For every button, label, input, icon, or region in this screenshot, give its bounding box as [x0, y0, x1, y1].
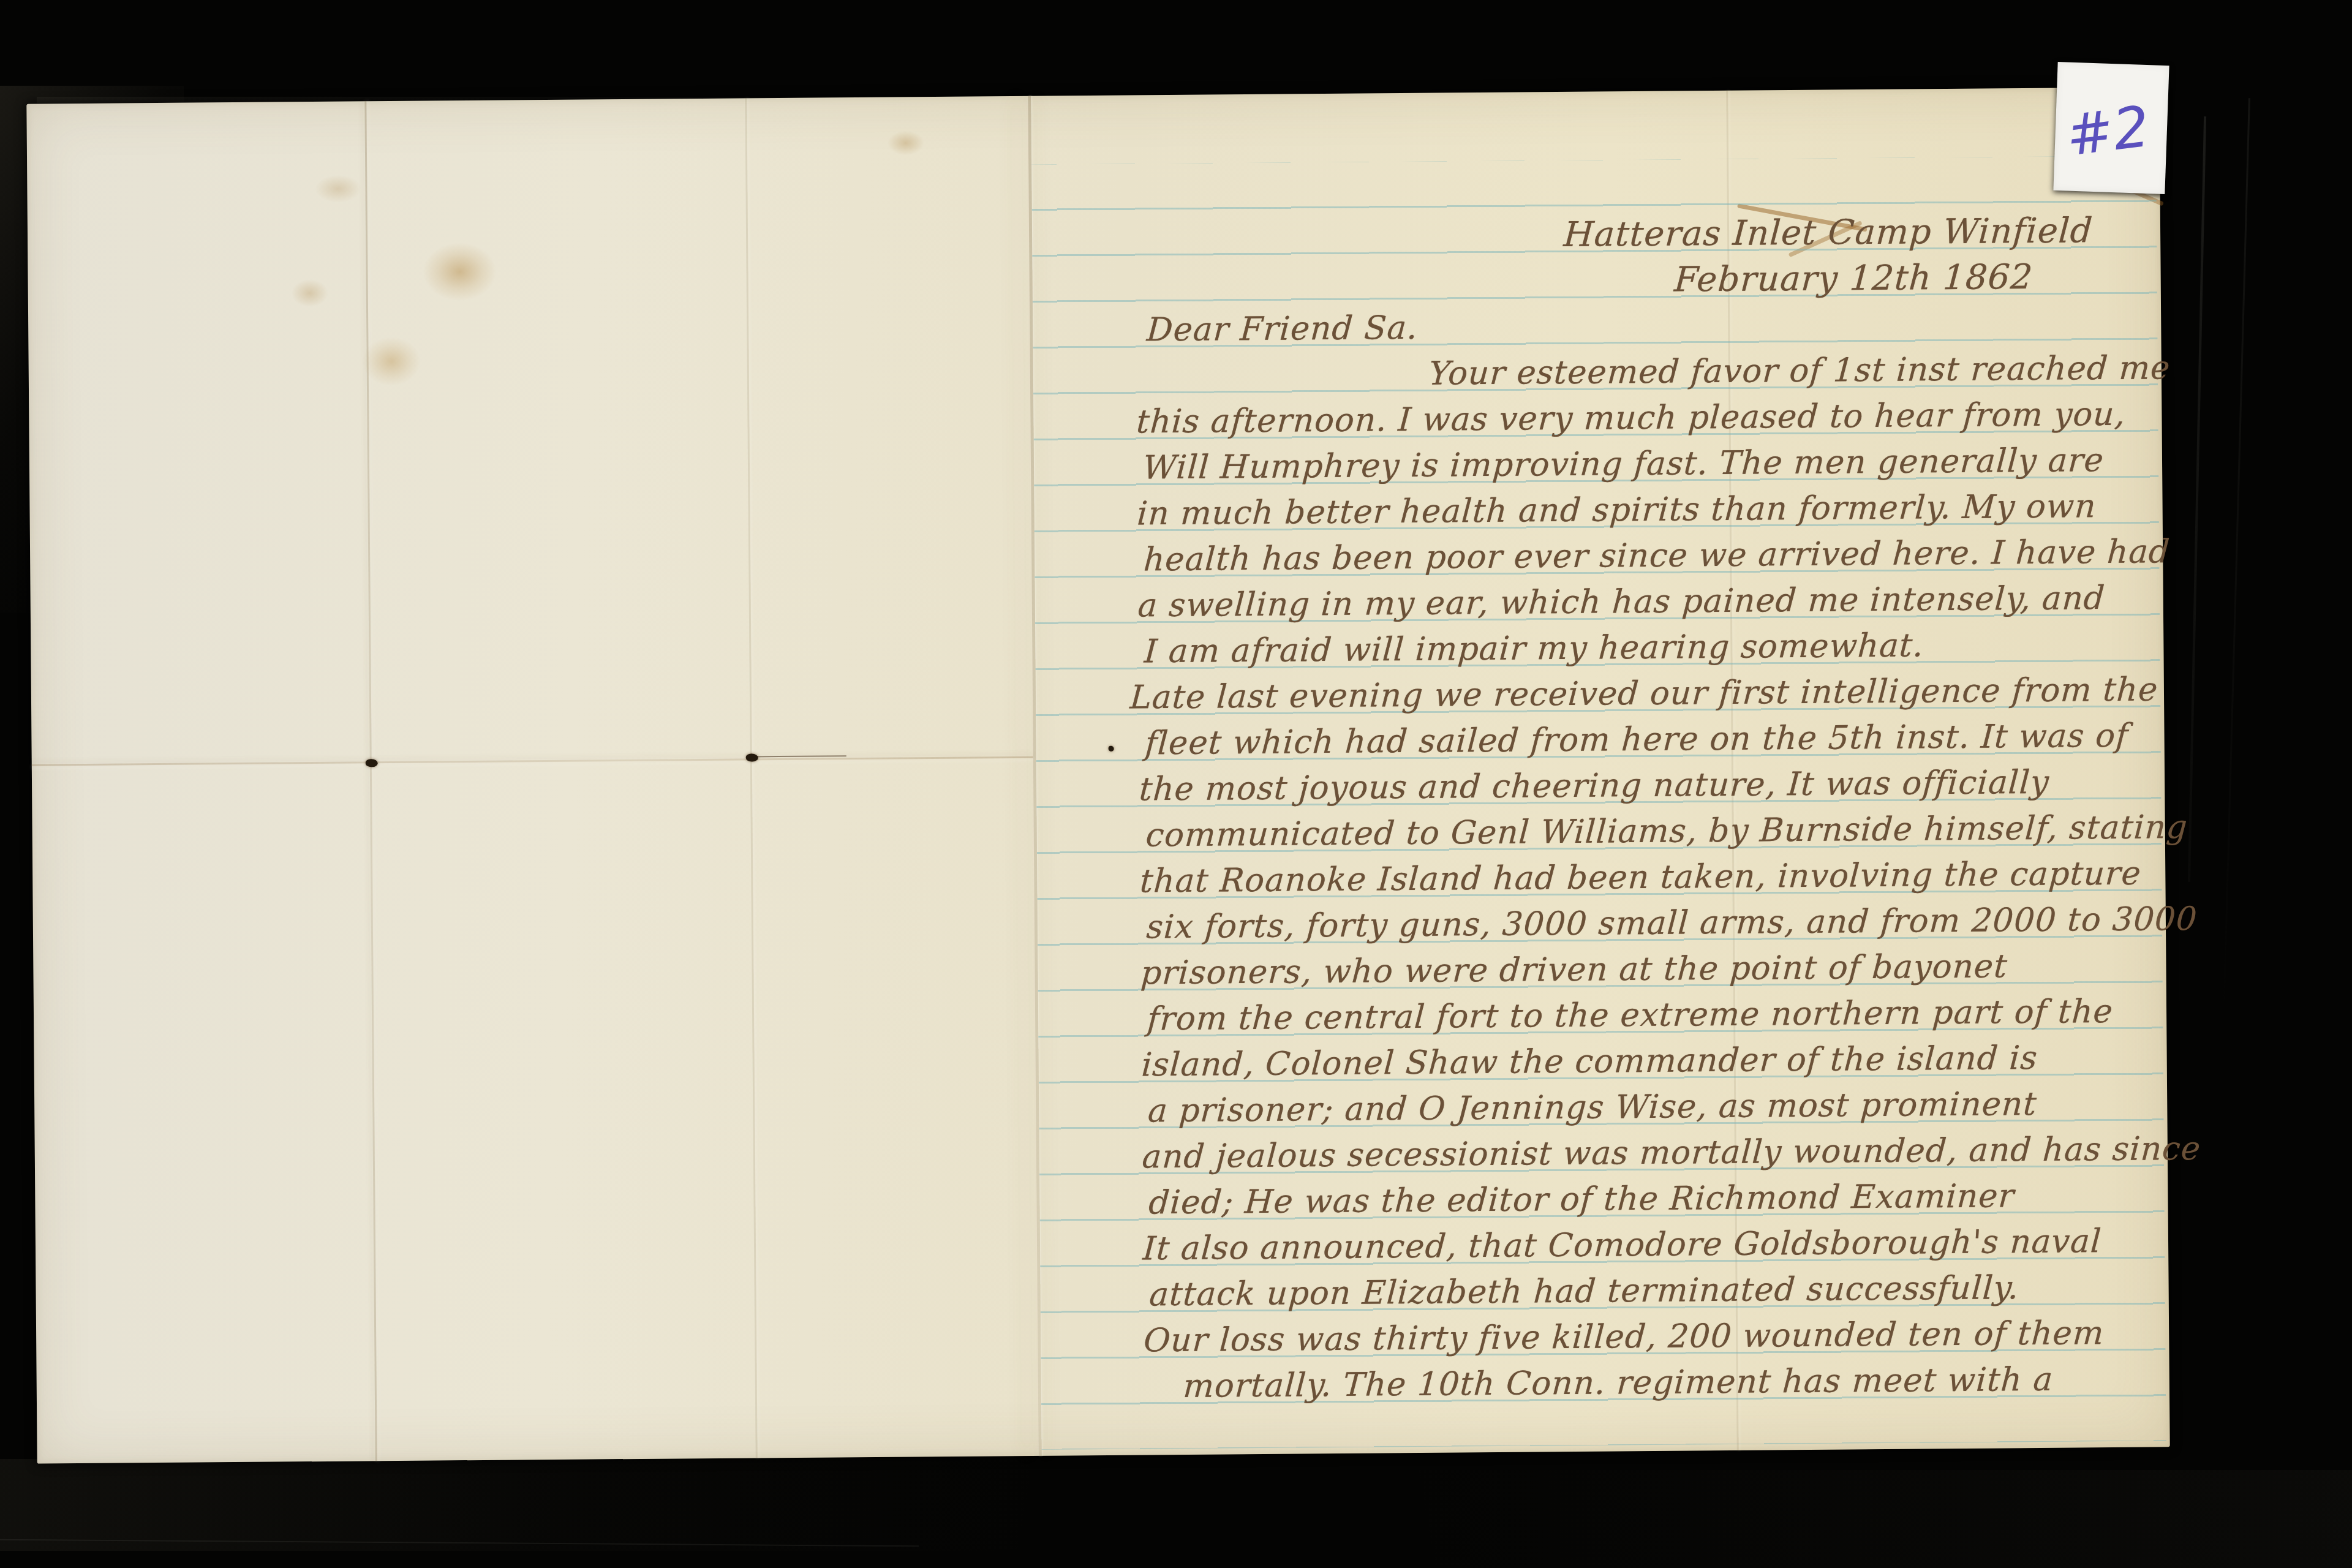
mat-sheen	[2223, 98, 2250, 1016]
stain	[292, 279, 328, 307]
letter-opening-line: Your esteemed favor of 1st inst reached …	[1428, 345, 2162, 396]
ink-blot	[366, 759, 378, 767]
photo-of-letter: Hatteras Inlet Camp Winfield February 12…	[0, 0, 2352, 1568]
handwritten-line: six forts, forty guns, 3000 small arms, …	[1145, 896, 2166, 950]
handwritten-line: and jealous secessionist was mortally wo…	[1141, 1126, 2168, 1180]
handwritten-line: I am afraid will impair my hearing somew…	[1143, 620, 2164, 674]
ink-blot	[746, 753, 758, 761]
handwritten-line: Will Humphrey is improving fast. The men…	[1142, 437, 2163, 491]
handwritten-line: this afternoon. I was very much pleased …	[1135, 391, 2162, 445]
handwritten-line: the most joyous and cheering nature, It …	[1138, 758, 2165, 812]
handwritten-line: fleet which had sailed from here on the …	[1144, 712, 2165, 766]
mat-sheen	[0, 1539, 919, 1547]
letter-sheet: Hatteras Inlet Camp Winfield February 12…	[26, 87, 2169, 1463]
handwritten-line: It also announced, that Comodore Goldsbo…	[1142, 1218, 2169, 1272]
mat-sheen	[2188, 116, 2206, 882]
handwritten-line: Late last evening we received our first …	[1129, 666, 2165, 720]
stain	[315, 175, 361, 203]
handwritten-line: island, Colonel Shaw the commander of th…	[1140, 1034, 2167, 1088]
handwritten-line: communicated to Genl Williams, by Burnsi…	[1144, 804, 2165, 858]
stain	[888, 130, 924, 155]
letter-text: Hatteras Inlet Camp Winfield February 12…	[1135, 207, 2168, 1409]
mat-sheen	[0, 1459, 1041, 1551]
handwritten-line: mortally. The 10th Conn. regiment has me…	[1182, 1355, 2170, 1409]
handwritten-line: a prisoner; and O Jennings Wise, as most…	[1147, 1080, 2168, 1134]
page-number-sticker: #2	[2053, 62, 2169, 194]
fold-crease	[364, 101, 377, 1461]
handwritten-line: died; He was the editor of the Richmond …	[1147, 1172, 2168, 1226]
paper-tear	[755, 755, 846, 757]
letter-body: this afternoon. I was very much pleased …	[1136, 391, 2168, 1409]
stain	[423, 243, 497, 301]
letter-salutation: Dear Friend Sa.	[1145, 299, 2162, 353]
handwritten-line: that Roanoke Island had been taken, invo…	[1139, 850, 2166, 904]
fold-crease	[32, 756, 1033, 766]
handwritten-line: a swelling in my ear, which has pained m…	[1136, 575, 2163, 628]
handwritten-line: Our loss was thirty five killed, 200 wou…	[1142, 1310, 2169, 1363]
handwritten-line: from the central fort to the extreme nor…	[1146, 988, 2167, 1042]
center-fold-crease	[1028, 96, 1041, 1456]
letter-place-line: Hatteras Inlet Camp Winfield	[1562, 207, 2161, 258]
stain	[362, 337, 421, 386]
handwritten-line: in much better health and spirits than f…	[1136, 483, 2163, 537]
handwritten-line: attack upon Elizabeth had terminated suc…	[1148, 1264, 2169, 1317]
letter-date-line: February 12th 1862	[1673, 253, 2161, 303]
mat-sheen	[1409, 1470, 2352, 1568]
ink-blot	[1109, 746, 1114, 752]
handwritten-line: health has been poor ever since we arriv…	[1142, 529, 2163, 582]
handwritten-line: prisoners, who were driven at the point …	[1139, 942, 2166, 996]
fold-crease	[745, 98, 757, 1458]
page-number-label: #2	[2063, 93, 2154, 168]
